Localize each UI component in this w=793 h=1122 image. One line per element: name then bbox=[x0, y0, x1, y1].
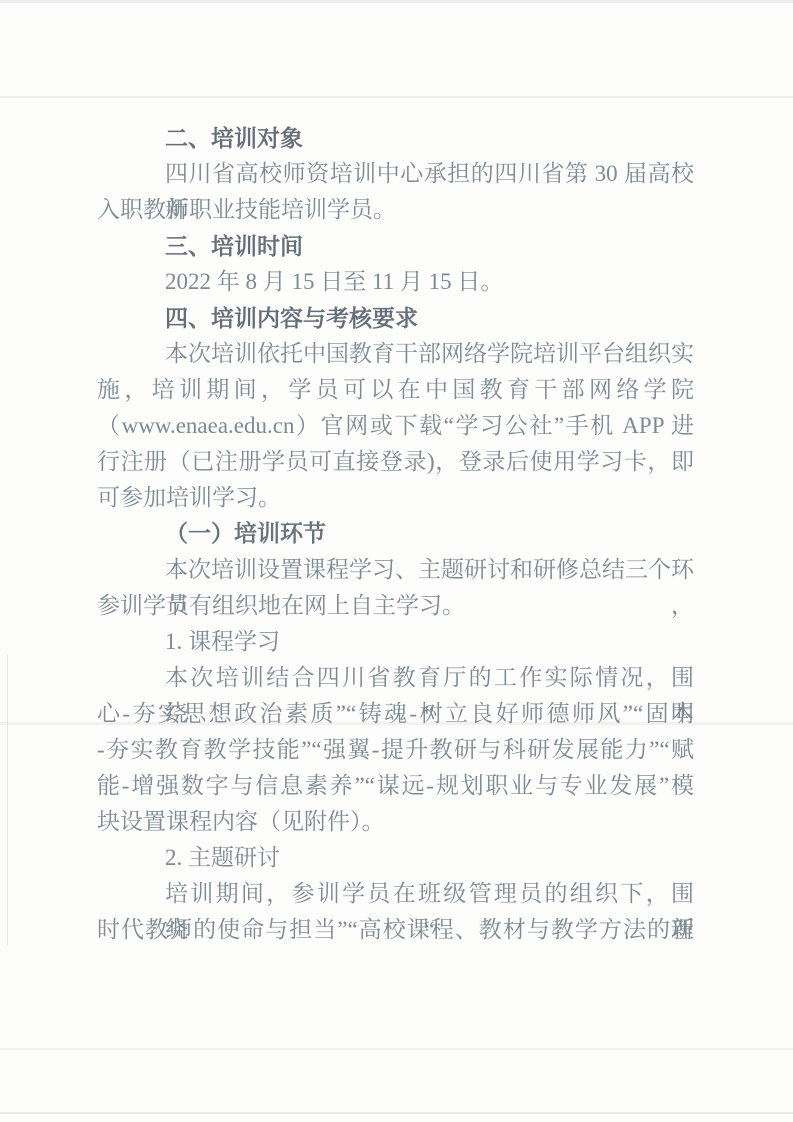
scan-artifact-top-band bbox=[0, 0, 793, 3]
text-line: -夯实教育教学技能”“强翼-提升教研与科研发展能力”“赋 bbox=[97, 732, 694, 768]
heading-section-3-training-time: 三、培训时间 bbox=[97, 228, 694, 264]
heading-section-2-training-target: 二、培训对象 bbox=[97, 120, 694, 156]
text-line: 心-夯实思想政治素质”“铸魂-树立良好师德师风”“固本 bbox=[97, 696, 694, 732]
text-line: 本次培训结合四川省教育厅的工作实际情况，围绕“明 bbox=[97, 660, 694, 696]
text-line: 时代教师的使命与担当”“高校课程、教材与教学方法的理 bbox=[97, 912, 694, 948]
text-line: 培训期间，参训学员在班级管理员的组织下，围绕“新 bbox=[97, 876, 694, 912]
heading-item-2-topic-discussion: 2. 主题研讨 bbox=[97, 840, 694, 876]
scan-artifact-upper-line bbox=[0, 96, 793, 98]
scanned-document-page: 二、培训对象四川省高校师资培训中心承担的四川省第 30 届高校新入职教师职业技能… bbox=[0, 0, 793, 1122]
scan-artifact-left-line bbox=[7, 655, 8, 945]
text-line: 能-增强数字与信息素养”“谋远-规划职业与专业发展”模 bbox=[97, 768, 694, 804]
scan-artifact-bottom-band bbox=[0, 1112, 793, 1114]
text-line: 本次培训设置课程学习、主题研讨和研修总结三个环节， bbox=[97, 552, 694, 588]
text-line: （www.enaea.edu.cn）官网或下载“学习公社”手机 APP 进 bbox=[97, 408, 694, 444]
document-body: 二、培训对象四川省高校师资培训中心承担的四川省第 30 届高校新入职教师职业技能… bbox=[97, 120, 694, 948]
heading-item-1-course-learning: 1. 课程学习 bbox=[97, 624, 694, 660]
heading-subsection-1-training-steps: （一）培训环节 bbox=[97, 516, 694, 552]
document-lines: 二、培训对象四川省高校师资培训中心承担的四川省第 30 届高校新入职教师职业技能… bbox=[97, 120, 694, 948]
text-line: 入职教师职业技能培训学员。 bbox=[97, 192, 694, 228]
text-line: 2022 年 8 月 15 日至 11 月 15 日。 bbox=[97, 264, 694, 300]
text-line: 四川省高校师资培训中心承担的四川省第 30 届高校新 bbox=[97, 156, 694, 192]
text-line: 本次培训依托中国教育干部网络学院培训平台组织实 bbox=[97, 336, 694, 372]
text-line: 行注册（已注册学员可直接登录)，登录后使用学习卡，即 bbox=[97, 444, 694, 480]
heading-section-4-training-content: 四、培训内容与考核要求 bbox=[97, 300, 694, 336]
text-line: 可参加培训学习。 bbox=[97, 480, 694, 516]
text-line: 块设置课程内容（见附件）。 bbox=[97, 804, 694, 840]
text-line: 施，培训期间，学员可以在中国教育干部网络学院 bbox=[97, 372, 694, 408]
scan-artifact-lower-line bbox=[0, 1048, 793, 1050]
